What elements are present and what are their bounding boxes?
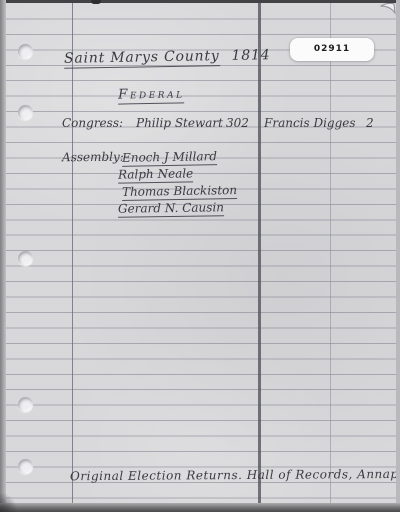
punch-hole [18, 251, 33, 266]
scan-bottom-edge [0, 503, 400, 512]
assembly-name: Thomas Blackiston [122, 183, 237, 199]
column-line [330, 2, 331, 505]
county-title: Saint Marys County [64, 48, 220, 69]
punch-hole [18, 459, 33, 474]
year-label: 1814 [231, 47, 270, 64]
page-corner-curl [380, 2, 397, 15]
scan-top-edge [0, 0, 400, 3]
scan-left-edge [0, 0, 6, 512]
catalog-number: 02911 [314, 44, 350, 54]
scan-right-edge [396, 0, 400, 512]
assembly-name: Enoch J Millard [122, 149, 217, 165]
column-divider-line [258, 2, 261, 505]
assembly-label: Assembly: [62, 150, 124, 165]
source-note: Original Election Returns. Hall of Recor… [70, 467, 400, 483]
candidate-name: Francis Digges [264, 116, 356, 130]
punch-hole [18, 44, 33, 59]
ruled-lines [6, 4, 396, 502]
scan-corner-shadow [0, 492, 18, 512]
punch-hole [18, 397, 33, 412]
candidate-name: Philip Stewart [136, 116, 223, 130]
catalog-number-label: 02911 [290, 38, 374, 61]
assembly-name: Ralph Neale [118, 166, 193, 181]
congress-label: Congress: [62, 116, 123, 130]
vote-count: 302 [226, 116, 249, 130]
vote-count: 2 [366, 116, 374, 130]
scan-edge-mark [91, 0, 101, 4]
punch-hole [18, 105, 33, 120]
ledger-paper: 02911 Saint Marys County1814 Federal Con… [6, 2, 396, 505]
scanned-document: 02911 Saint Marys County1814 Federal Con… [0, 0, 400, 512]
section-heading: Federal [118, 85, 185, 102]
left-margin-line [72, 2, 73, 505]
assembly-name: Gerard N. Causin [118, 200, 224, 215]
